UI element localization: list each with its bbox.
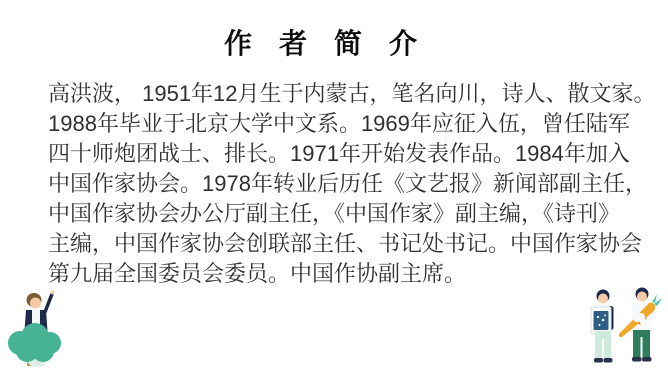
person-waving-behind-bush-illustration bbox=[6, 288, 64, 370]
bio-line: 1988年毕业于北京大学中文系。1969年应征入伍，曾任陆军 bbox=[48, 109, 648, 139]
bio-line: 四十师炮团战士、排长。1971年开始发表作品。1984年加入 bbox=[48, 139, 648, 169]
waving-person-icon bbox=[6, 288, 64, 370]
people-sign-carrot-illustration bbox=[584, 286, 666, 374]
bio-line: 高洪波， 1951年12月生于内蒙古，笔名向川，诗人、散文家。 bbox=[48, 79, 648, 109]
presentation-slide: 作者简介 高洪波， 1951年12月生于内蒙古，笔名向川，诗人、散文家。 198… bbox=[0, 0, 668, 376]
bio-line: 主编，中国作家协会创联部主任、书记处书记。中国作家协会 bbox=[48, 229, 648, 259]
bio-line: 中国作家协会。1978年转业后历任《文艺报》新闻部副主任， bbox=[48, 169, 648, 199]
two-people-icon bbox=[584, 286, 666, 374]
author-bio: 高洪波， 1951年12月生于内蒙古，笔名向川，诗人、散文家。 1988年毕业于… bbox=[48, 79, 648, 289]
bio-line: 中国作家协会办公厅副主任，《中国作家》副主编，《诗刊》 bbox=[48, 199, 648, 229]
bio-line: 第九届全国委员会委员。中国作协副主席。 bbox=[48, 259, 648, 289]
slide-title: 作者简介 bbox=[0, 22, 668, 62]
